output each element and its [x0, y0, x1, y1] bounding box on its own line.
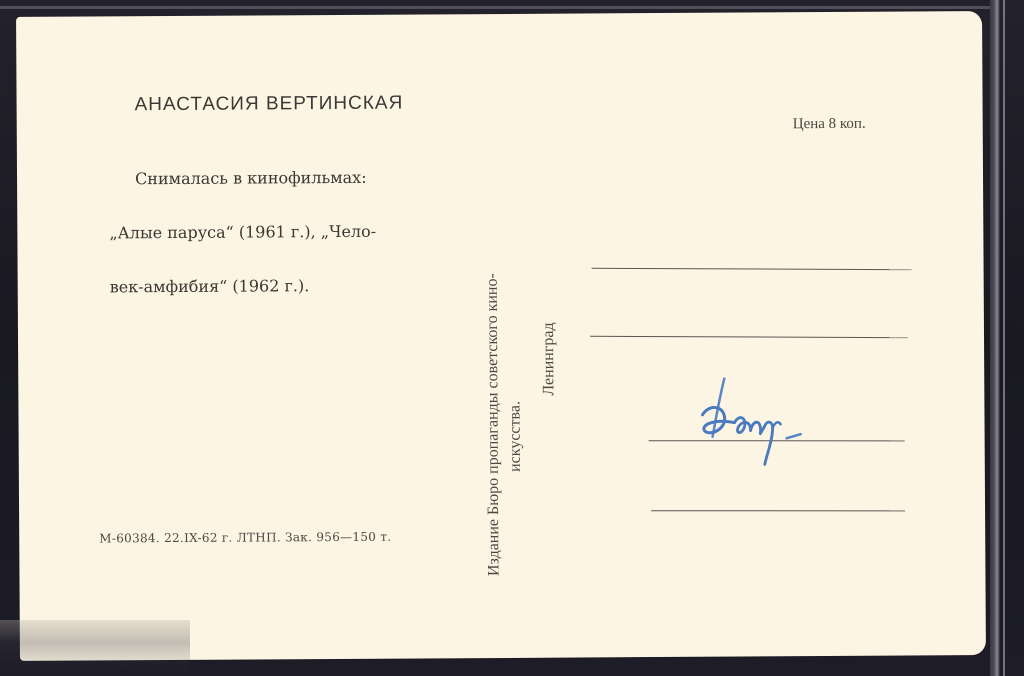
- sleeve-right-edge: [990, 0, 1000, 676]
- films-line-2: „Алые паруса“ (1961 г.), „Чело-: [109, 223, 376, 243]
- print-imprint: М-60384. 22.IX-62 г. ЛТНП. Зак. 956—150 …: [99, 530, 391, 546]
- signature-autograph: [694, 374, 805, 467]
- address-line-2: [590, 336, 908, 338]
- films-intro: Снималась в кинофильмах:: [109, 169, 376, 189]
- photo-scene: АНАСТАСИЯ ВЕРТИНСКАЯ Снималась в кинофил…: [0, 0, 1024, 676]
- filmography-text: Снималась в кинофильмах: „Алые паруса“ (…: [109, 133, 377, 333]
- watermark-blur: [0, 620, 190, 676]
- address-line-4: [651, 510, 905, 511]
- sleeve-highlight: [1003, 0, 1005, 676]
- publisher-line-2: искусства.: [506, 401, 524, 472]
- sleeve-top-edge: [0, 6, 990, 9]
- films-line-3: век-амфибия“ (1962 г.).: [110, 277, 377, 297]
- publisher-city: Ленинград: [540, 322, 558, 395]
- address-line-1: [592, 268, 912, 270]
- actress-name-title: АНАСТАСИЯ ВЕРТИНСКАЯ: [135, 93, 404, 117]
- publisher-line-1: Издание Бюро пропаганды советского кино-: [484, 273, 504, 576]
- publisher-block: Издание Бюро пропаганды советского кино-…: [479, 104, 572, 575]
- price-label: Цена 8 коп.: [793, 116, 866, 133]
- postcard-back: АНАСТАСИЯ ВЕРТИНСКАЯ Снималась в кинофил…: [16, 11, 986, 661]
